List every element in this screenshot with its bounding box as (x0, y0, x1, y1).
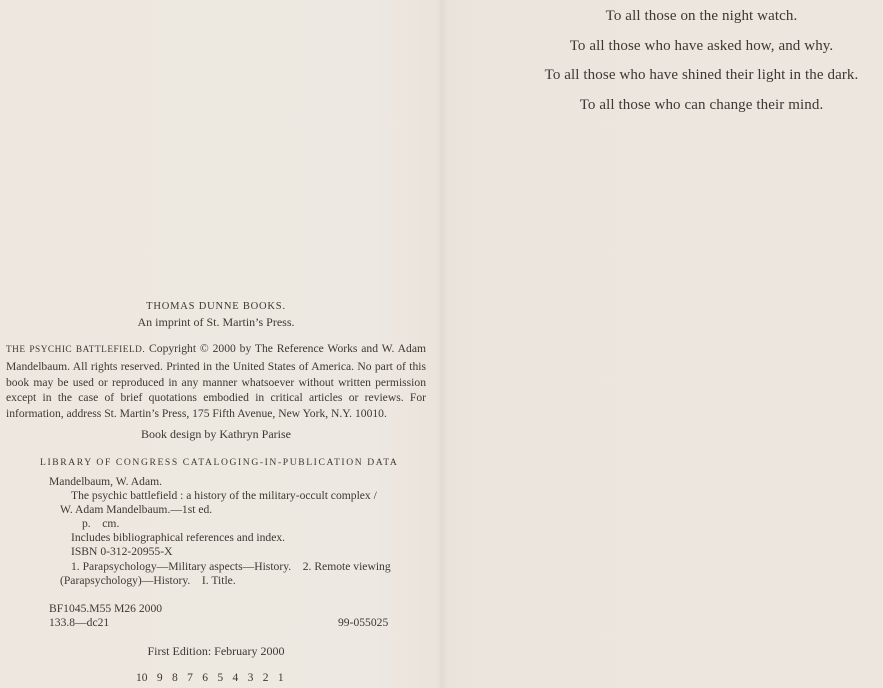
cip-lccn: 99-055025 (338, 616, 388, 630)
book-design-credit: Book design by Kathryn Parise (0, 426, 432, 442)
dedication: To all those on the night watch. To all … (520, 2, 883, 120)
copyright-notice: THE PSYCHIC BATTLEFIELD. Copyright © 200… (6, 341, 426, 422)
cip-dewey: 133.8—dc21 (49, 616, 109, 630)
imprint-line: An imprint of St. Martin’s Press. (0, 314, 432, 330)
printing-line: 10 9 8 7 6 5 4 3 2 1 (136, 671, 284, 685)
publisher-name: THOMAS DUNNE BOOKS. (0, 300, 432, 314)
cip-lc-class: BF1045.M55 M26 2000 (49, 602, 162, 616)
edition-statement: First Edition: February 2000 (0, 643, 432, 659)
cip-title-line-2: W. Adam Mandelbaum.—1st ed. (60, 503, 212, 517)
cip-subjects-line-1: 1. Parapsychology—Military aspects—Histo… (71, 560, 391, 574)
dedication-line: To all those on the night watch. (520, 2, 883, 32)
dedication-line: To all those who can change their mind. (520, 91, 883, 121)
book-gutter (436, 0, 448, 688)
cip-author: Mandelbaum, W. Adam. (49, 475, 162, 489)
dedication-line: To all those who have asked how, and why… (520, 32, 883, 62)
book-title-smallcaps: THE PSYCHIC BATTLEFIELD. (6, 345, 145, 355)
cip-header: LIBRARY OF CONGRESS CATALOGING-IN-PUBLIC… (40, 456, 398, 470)
cip-subjects-line-2: (Parapsychology)—History. I. Title. (60, 574, 236, 588)
dedication-line: To all those who have shined their light… (520, 61, 883, 91)
cip-notes: Includes bibliographical references and … (71, 531, 285, 545)
cip-isbn: ISBN 0-312-20955-X (71, 545, 172, 559)
cip-physical: p. cm. (82, 517, 119, 531)
cip-title-line-1: The psychic battlefield : a history of t… (71, 489, 377, 503)
